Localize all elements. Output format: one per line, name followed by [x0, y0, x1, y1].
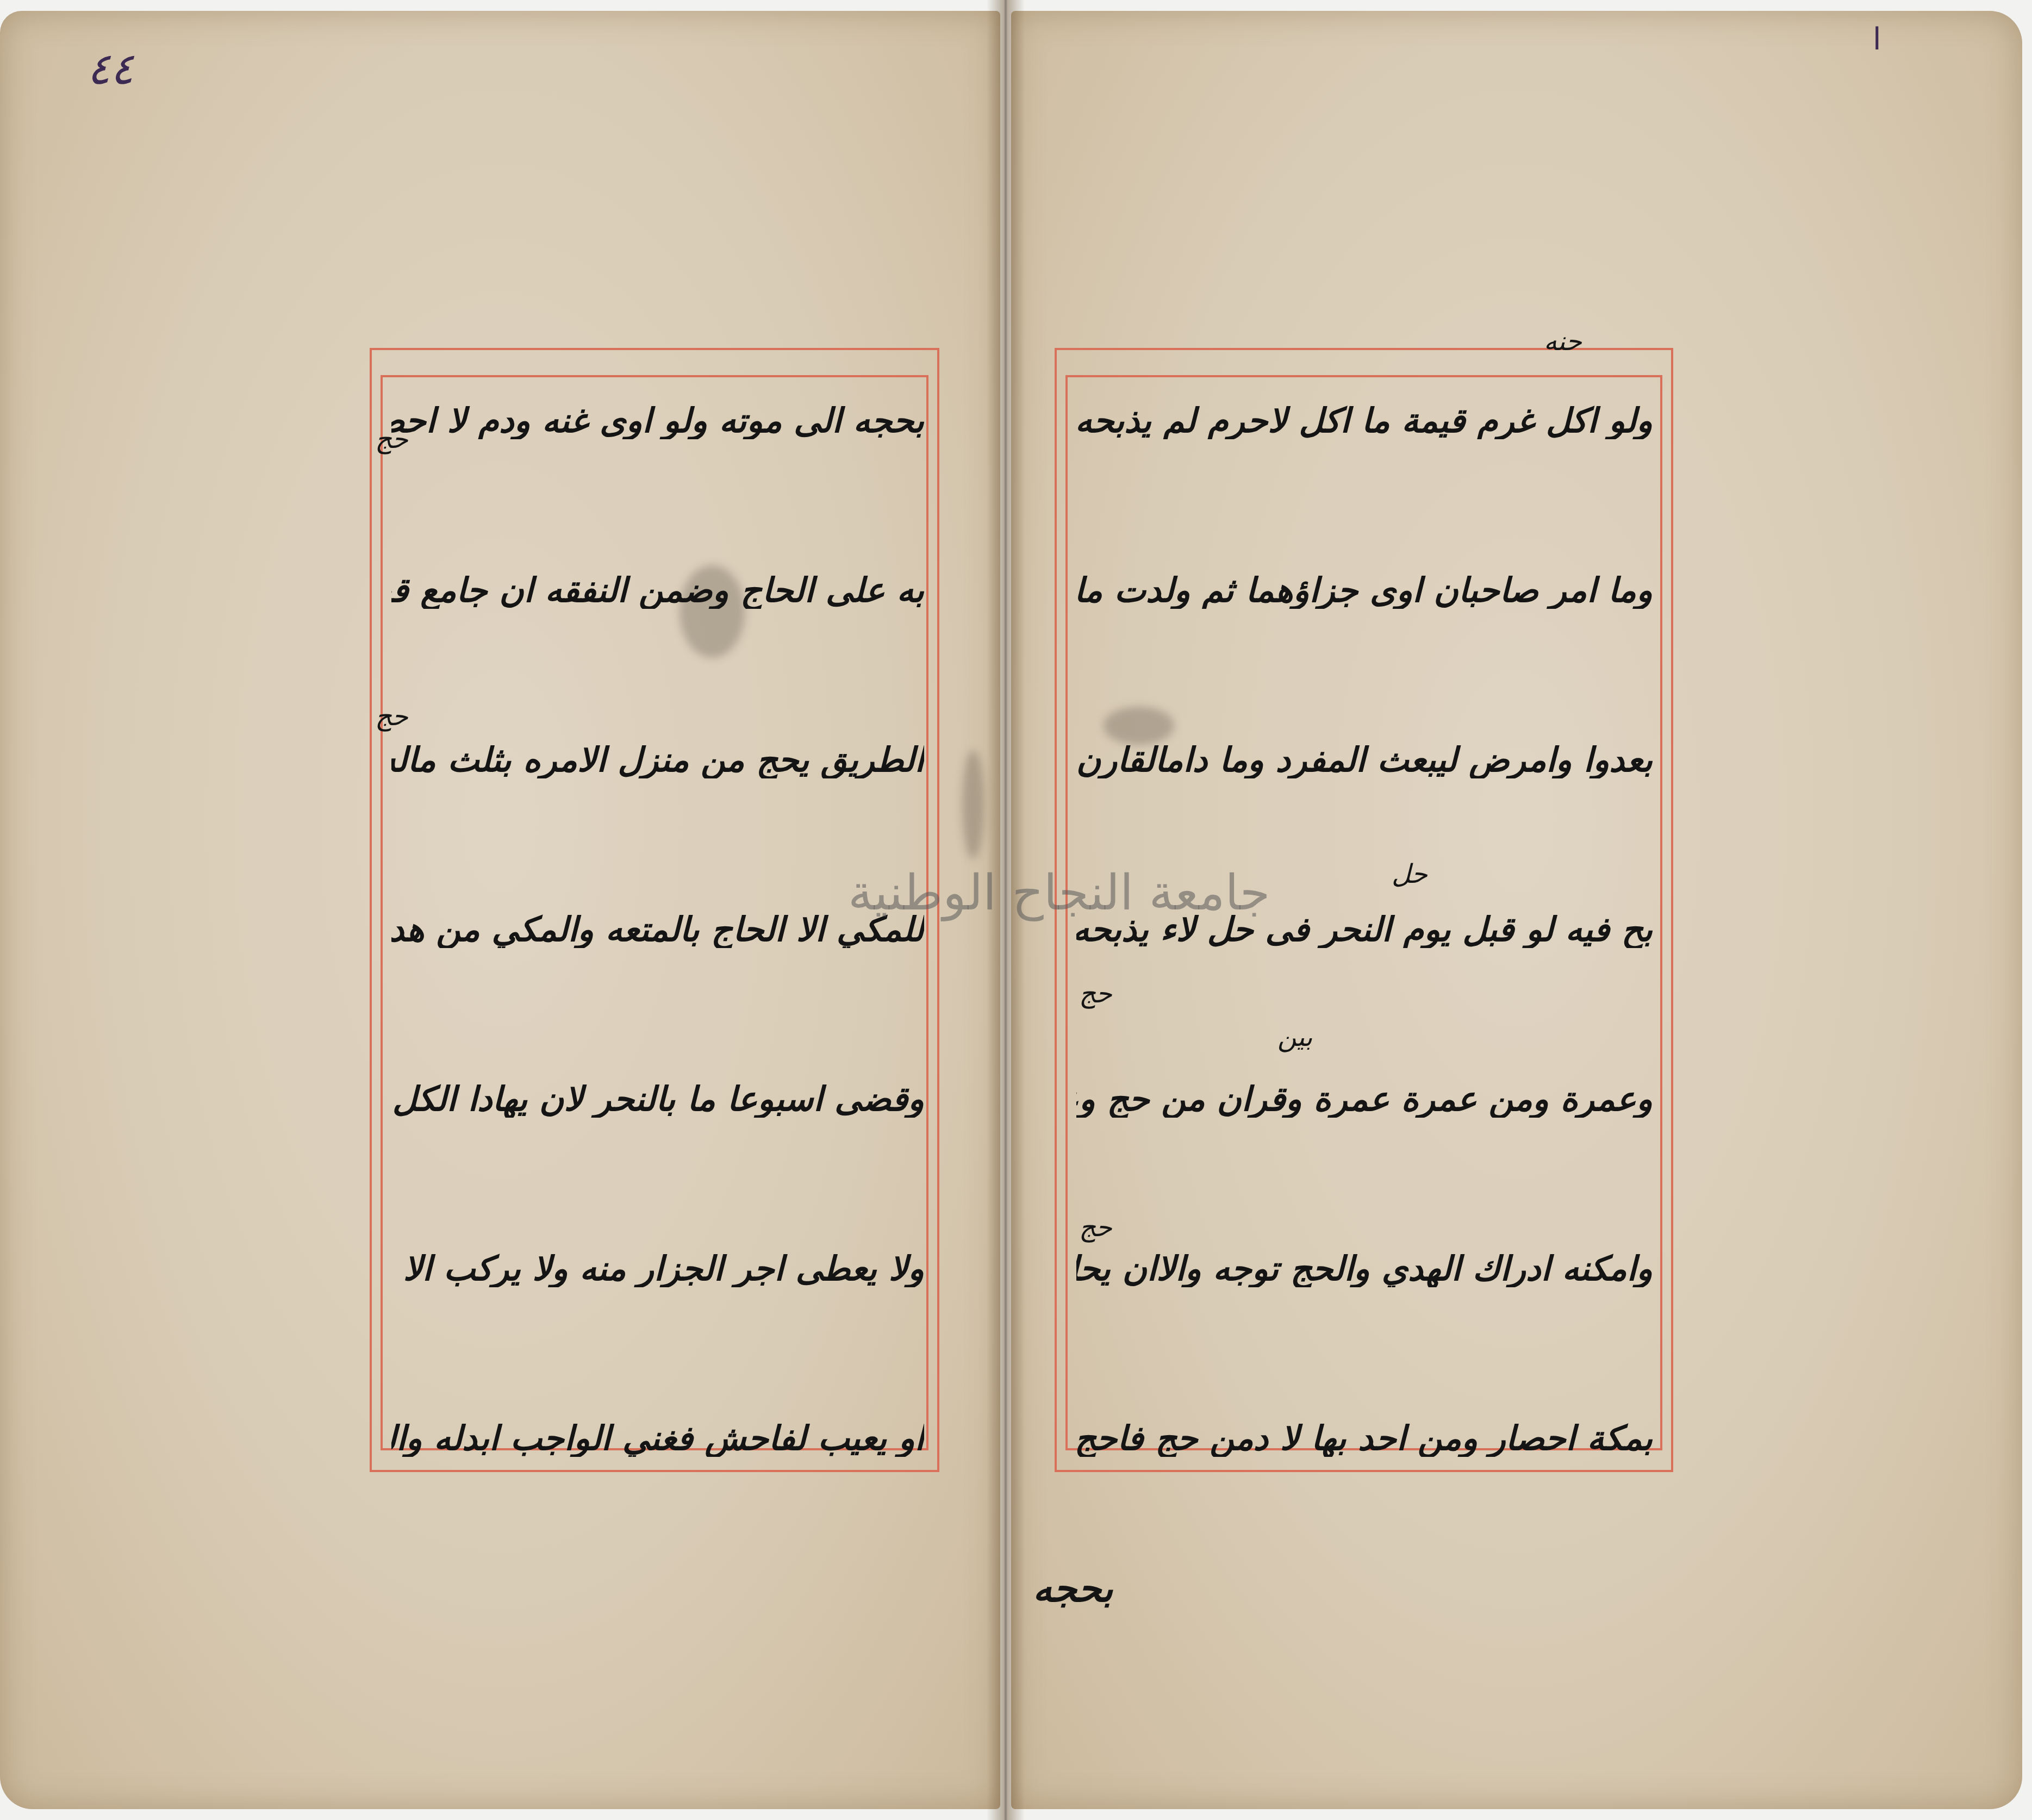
margin-note: حج	[1079, 978, 1112, 1009]
text-line: او يعيب لفاحش فغني الواجب ابدله والمعيب …	[391, 1420, 924, 1457]
corner-mark: ا	[1873, 22, 1881, 57]
catchword: بحجه	[1033, 1566, 1113, 1611]
manuscript-spread: ٤٤ ا بحجه الى موته ولو اوى غنه ودم لا اح…	[0, 0, 2032, 1820]
text-line: وقضى اسبوعا ما بالنحر لان يهادا الكل بال…	[391, 1081, 924, 1118]
left-text-block: بحجه الى موته ولو اوى غنه ودم لا احصار ع…	[391, 402, 924, 1457]
text-line: ولا يعطى اجر الجزار منه ولا يركب الا ضرو…	[391, 1250, 924, 1287]
text-line: بحجه الى موته ولو اوى غنه ودم لا احصار ع…	[391, 402, 924, 439]
margin-note: حج	[375, 424, 408, 454]
text-line: وعمرة ومن عمرة عمرة وقران من حج وعمرتان …	[1076, 1081, 1653, 1118]
margin-note: حج	[1079, 1212, 1112, 1243]
text-line: الطريق يحج من منزل الامره بثلث ماله ولاا…	[391, 741, 924, 778]
ink-smudge	[962, 750, 984, 859]
text-line-with-rubric: وما امر صاحبان اوى جزاؤهما ثم ولدت ما يح…	[1076, 572, 1653, 609]
margin-note: حل	[1392, 859, 1428, 889]
text-line: بعدوا وامرض ليبعث المفرد وما دامالقارن و…	[1076, 741, 1653, 778]
page-number: ٤٤	[87, 43, 134, 94]
text-line: ولو اكل غرم قيمة ما اكل لاحرم لم يذبحه و…	[1076, 402, 1653, 439]
margin-note: بين	[1277, 1022, 1312, 1052]
text-line: للمكي الا الحاج بالمتعه والمكي من هدي تط…	[391, 911, 924, 948]
line-text: وما امر صاحبان اوى جزاؤهما ثم ولدت ما يح…	[1076, 572, 1653, 609]
text-line: به على الحاج وضمن النفقه ان جامع قبل وقو…	[391, 572, 924, 609]
right-text-block: ولو اكل غرم قيمة ما اكل لاحرم لم يذبحه و…	[1076, 402, 1653, 1457]
top-note: حنه	[1544, 326, 1582, 357]
text-line: وامكنه ادراك الهدي والحج توجه والاان يحل…	[1076, 1250, 1653, 1287]
margin-note: حج	[375, 701, 408, 732]
watermark: جامعة النجاح الوطنية	[848, 864, 1270, 921]
text-line: بمكة احصار ومن احد بها لا دمن حج فاحج صح…	[1076, 1420, 1653, 1457]
